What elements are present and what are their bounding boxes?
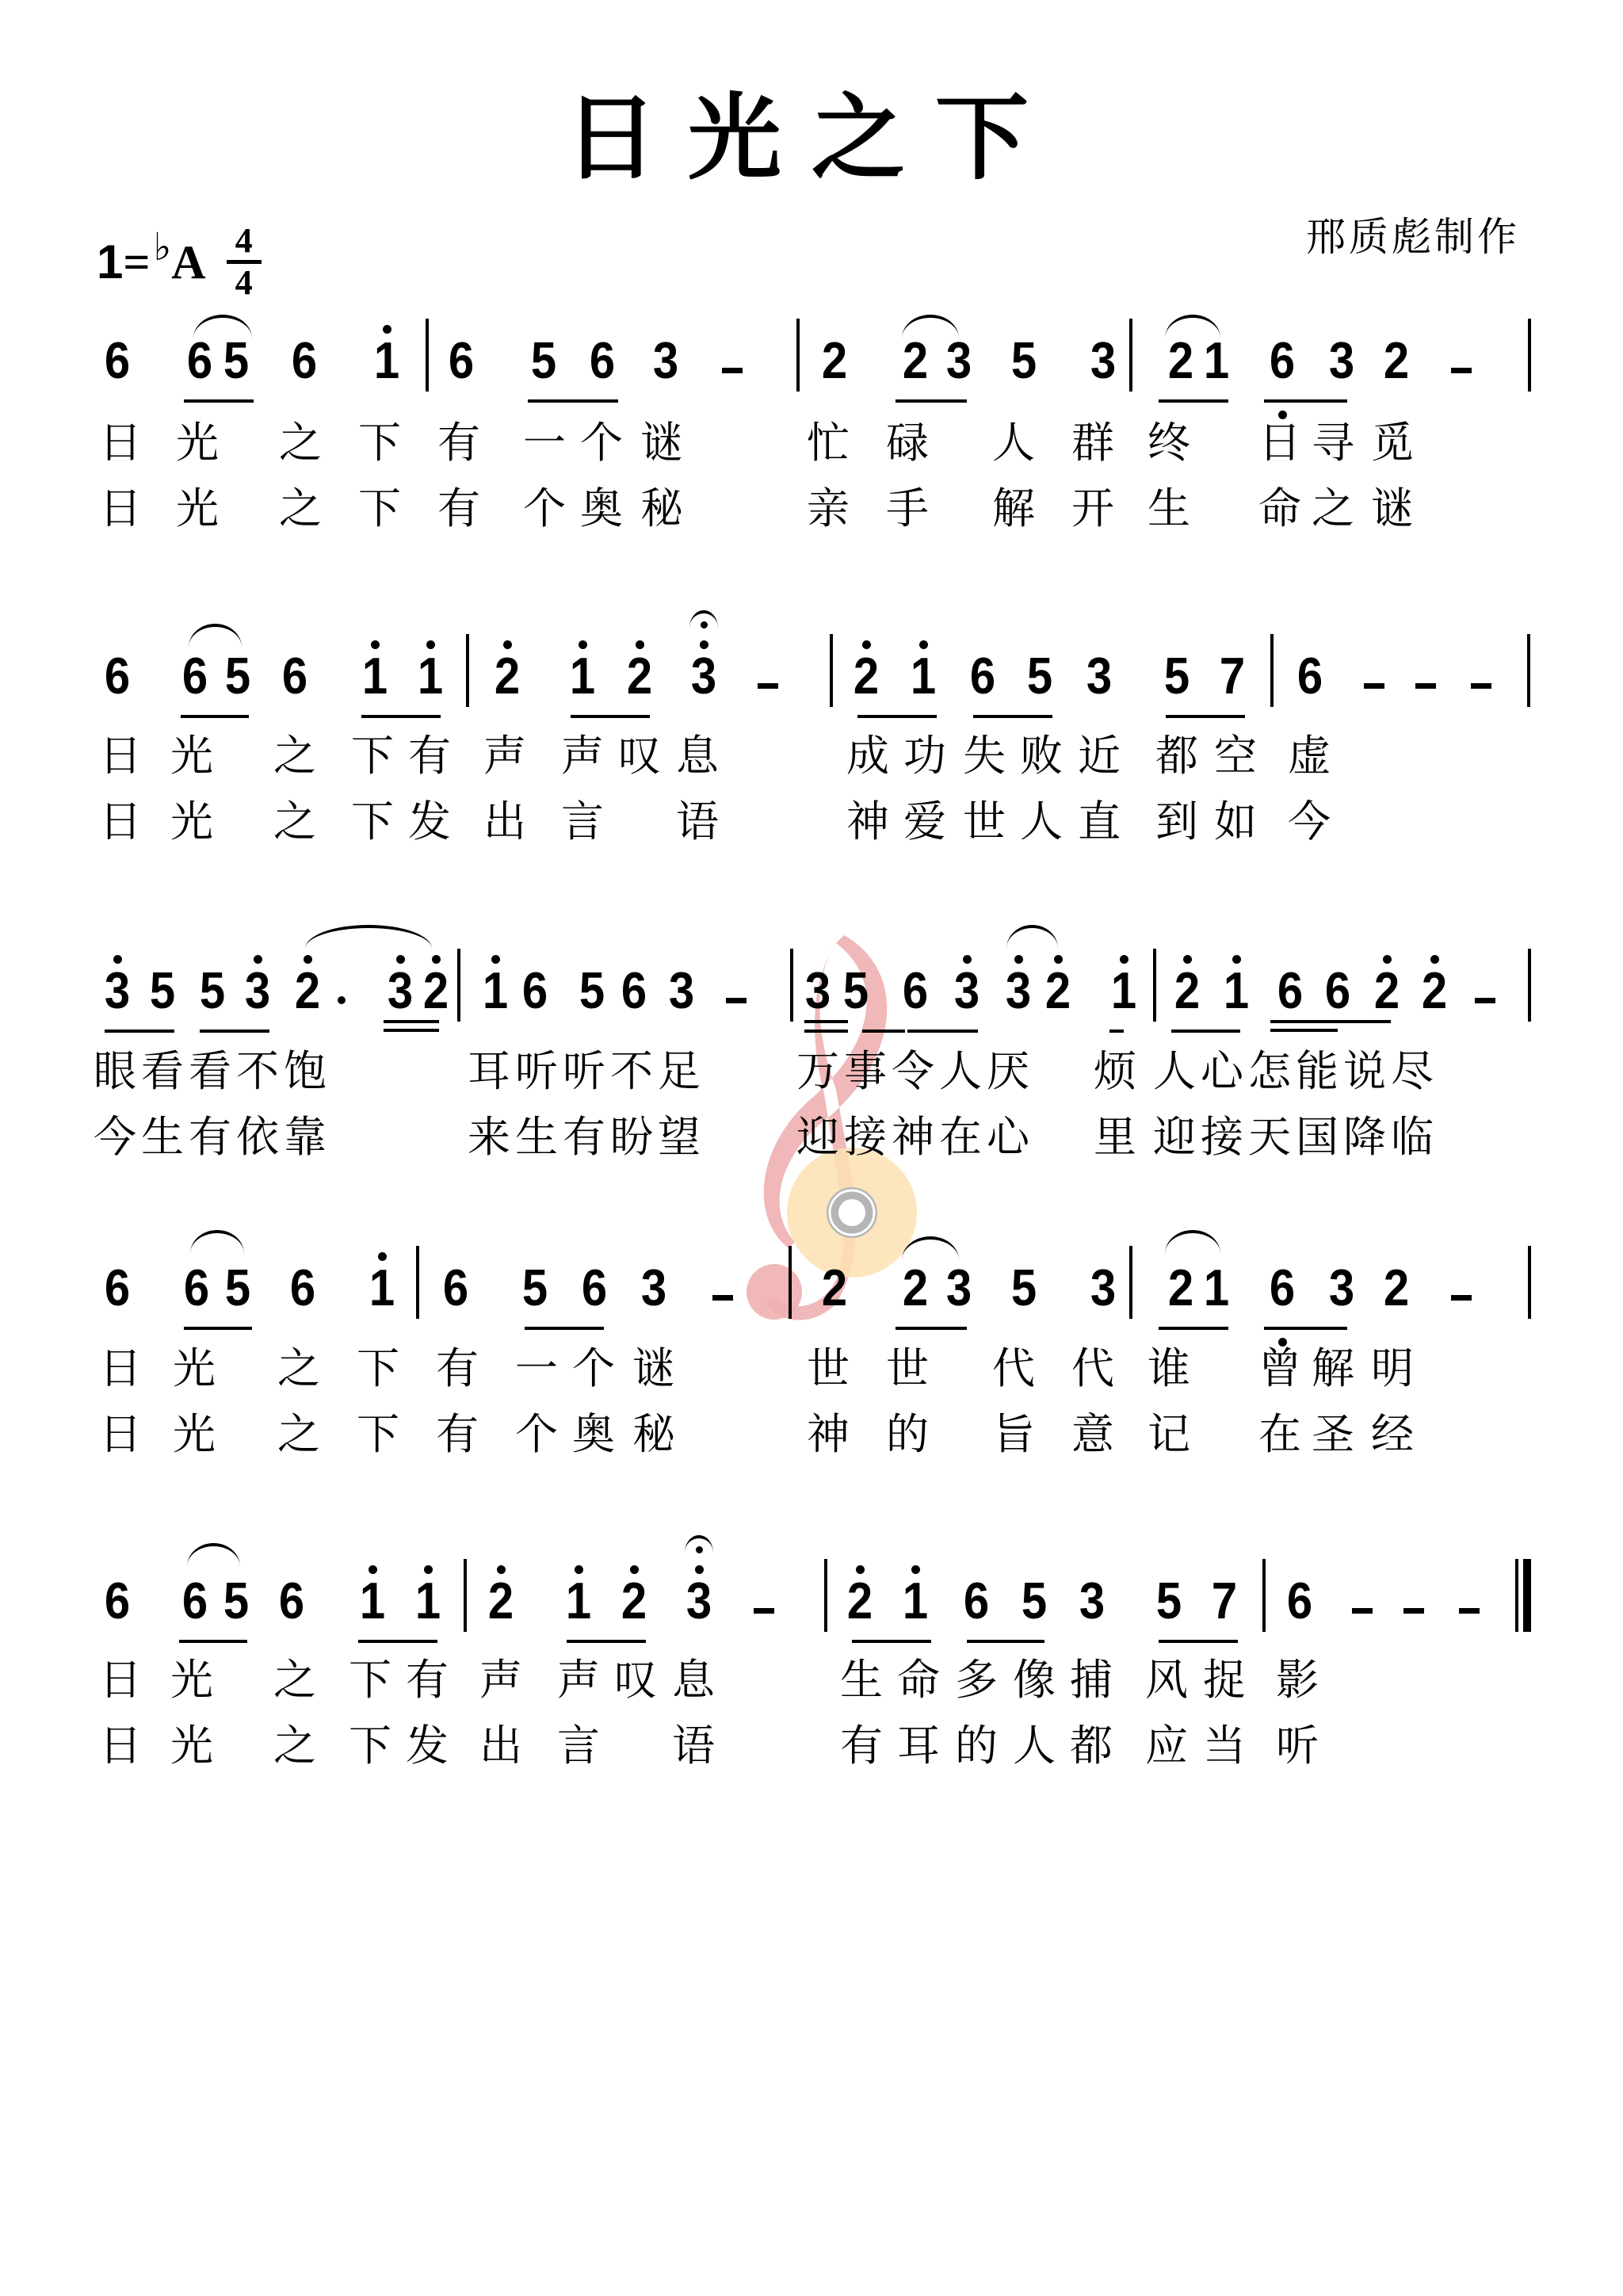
lyric-char: 有 [408, 735, 451, 777]
lyric-char: 有 [840, 1725, 883, 1767]
high-octave-dot [963, 955, 972, 964]
note: 5 [222, 651, 254, 702]
note: 6 [1294, 651, 1326, 702]
time-signature-bottom: 4 [235, 266, 253, 300]
lyric-char: 事 [844, 1050, 887, 1093]
beam-underline [907, 1030, 978, 1033]
high-octave-dot [304, 955, 312, 964]
lyric-char: 里 [1094, 1116, 1136, 1159]
lyric-char: 日 [99, 1659, 142, 1702]
lyric-char: 败 [1020, 735, 1063, 777]
lyric-char: 光 [173, 1413, 216, 1456]
lyric-char: 下 [349, 1659, 391, 1702]
beam-underline [804, 1030, 848, 1033]
barline [1129, 319, 1132, 392]
note: 3 [688, 651, 720, 702]
note: 2 [292, 965, 323, 1017]
lyric-char: 言 [557, 1725, 600, 1767]
lyric-char: 语 [672, 1725, 715, 1767]
lyric-char: 忙 [807, 422, 850, 464]
slur-tie [902, 1236, 959, 1260]
slur-tie [1165, 1230, 1220, 1254]
lyric-char: 人 [1020, 800, 1063, 843]
note: 6 [279, 651, 311, 702]
lyric-char: 亲 [807, 487, 850, 530]
note: 1 [1201, 335, 1232, 387]
note: 1 [357, 1576, 388, 1627]
lyric-char: 世 [963, 800, 1006, 843]
lyric-char: 看 [141, 1050, 184, 1093]
high-octave-dot [862, 640, 871, 649]
beam-underline [862, 1030, 905, 1033]
barline [1153, 949, 1156, 1022]
lyric-char: 记 [1148, 1413, 1190, 1456]
beam-underline [896, 399, 967, 403]
lyric-char: 心 [1201, 1050, 1243, 1093]
barline [1270, 634, 1274, 707]
lyric-char: 谜 [1371, 487, 1414, 530]
lyric-char: 盼 [610, 1116, 653, 1159]
note: 6 [179, 651, 211, 702]
high-octave-dot [371, 640, 380, 649]
lyric-char: 成 [846, 735, 889, 777]
final-barline-thin [1515, 1559, 1518, 1632]
lyric-char: 奥 [580, 487, 623, 530]
note: 3 [943, 1263, 975, 1314]
beam-underline [181, 715, 249, 718]
fermata-dot [701, 621, 708, 628]
lyric-char: 人 [1153, 1050, 1196, 1093]
lyric-char: 个 [580, 422, 623, 464]
sustain-dash [1451, 368, 1472, 373]
key-tonic-letter: A [171, 239, 205, 286]
note: 5 [1008, 1263, 1040, 1314]
beam-underline [804, 1020, 848, 1023]
note: 6 [184, 335, 216, 387]
slur-tie [189, 624, 242, 648]
lyric-char: 的 [886, 1413, 929, 1456]
barline [466, 634, 469, 707]
note: 3 [101, 965, 133, 1017]
beam-underline [361, 715, 441, 718]
lyric-char: 叹 [614, 1659, 657, 1702]
note: 3 [1326, 1263, 1358, 1314]
high-octave-dot [1383, 955, 1392, 964]
lyric-char: 个 [523, 487, 566, 530]
lyric-char: 神 [892, 1116, 934, 1159]
lyric-char: 之 [279, 487, 322, 530]
note: 6 [1274, 965, 1306, 1017]
high-octave-dot [1232, 955, 1241, 964]
note: 5 [197, 965, 228, 1017]
note: 3 [1076, 1576, 1108, 1627]
note: 5 [1008, 335, 1040, 387]
beam-underline [896, 1327, 967, 1330]
lyric-char: 光 [173, 1347, 216, 1390]
lyric-char: 解 [1312, 1347, 1354, 1390]
lyric-char: 人 [992, 422, 1035, 464]
barline [1528, 319, 1531, 392]
arranger-credit: 邢质彪制作 [1306, 217, 1520, 257]
lyric-char: 怎 [1248, 1050, 1291, 1093]
sustain-dash [722, 368, 743, 373]
lyric-char: 令 [892, 1050, 934, 1093]
note: 1 [563, 1576, 594, 1627]
lyric-char: 之 [277, 1413, 320, 1456]
note: 6 [899, 965, 931, 1017]
note: 3 [650, 335, 682, 387]
sustain-dash [754, 1608, 774, 1614]
fermata-dot [696, 1546, 703, 1553]
slur-tie [305, 925, 432, 949]
lyric-char: 有 [437, 422, 480, 464]
note: 1 [412, 1576, 444, 1627]
note: 6 [1266, 335, 1298, 387]
time-signature: 4 4 [227, 223, 262, 300]
note: 2 [844, 1576, 876, 1627]
sustain-dash [1451, 1295, 1472, 1301]
note: 1 [414, 651, 446, 702]
note: 6 [1322, 965, 1354, 1017]
beam-underline [1171, 1030, 1240, 1033]
lyric-char: 迎 [1153, 1116, 1196, 1159]
lyric-char: 不 [610, 1050, 653, 1093]
lyric-char: 听 [1276, 1725, 1319, 1767]
lyric-char: 有 [189, 1116, 231, 1159]
high-octave-dot [432, 955, 441, 964]
flat-icon: ♭ [154, 229, 172, 267]
lyric-char: 依 [236, 1116, 279, 1159]
lyric-char: 光 [170, 1659, 213, 1702]
beam-underline [179, 1640, 247, 1643]
lyric-char: 息 [672, 1659, 715, 1702]
slur-tie [1165, 315, 1220, 338]
note: 5 [1161, 651, 1193, 702]
note: 2 [1165, 1263, 1197, 1314]
note: 3 [638, 1263, 670, 1314]
note: 3 [1002, 965, 1034, 1017]
slur-tie [187, 1543, 240, 1567]
lyric-char: 圣 [1312, 1413, 1354, 1456]
note: 6 [101, 1576, 133, 1627]
high-octave-dot [1054, 955, 1063, 964]
lyric-char: 风 [1145, 1659, 1188, 1702]
high-octave-dot [113, 955, 122, 964]
lyric-char: 发 [406, 1725, 449, 1767]
lyric-char: 之 [273, 735, 316, 777]
lyric-char: 生 [840, 1659, 883, 1702]
note: 2 [1381, 1263, 1412, 1314]
key-tonic-number: 1 [97, 239, 123, 286]
lyric-char: 在 [1258, 1413, 1301, 1456]
beam-underline [384, 1029, 439, 1032]
note: 1 [1201, 1263, 1232, 1314]
note: 6 [440, 1263, 472, 1314]
lyric-char: 语 [676, 800, 719, 843]
lyric-char: 日 [99, 800, 142, 843]
lyric-char: 曾 [1258, 1347, 1301, 1390]
high-octave-dot [378, 1252, 387, 1261]
lyric-char: 迎 [796, 1116, 839, 1159]
barline [790, 949, 793, 1022]
beam-underline [184, 1327, 252, 1330]
beam-underline [852, 1640, 931, 1643]
barline [416, 1246, 419, 1319]
slur-tie [902, 315, 959, 338]
lyric-char: 不 [236, 1050, 279, 1093]
beam-underline [1159, 399, 1228, 403]
note: 6 [1284, 1576, 1316, 1627]
lyric-char: 世 [886, 1347, 929, 1390]
beam-underline [200, 1030, 269, 1033]
lyric-char: 谁 [1148, 1347, 1190, 1390]
lyric-char: 接 [844, 1116, 887, 1159]
lyric-char: 叹 [618, 735, 661, 777]
lyric-char: 日 [99, 735, 142, 777]
high-octave-dot [424, 1565, 433, 1574]
slur-tie [1006, 925, 1058, 949]
beam-underline [528, 399, 618, 403]
note: 2 [1165, 335, 1197, 387]
lyric-char: 功 [903, 735, 946, 777]
lyric-char: 来 [468, 1116, 510, 1159]
lyric-char: 谜 [632, 1347, 675, 1390]
lyric-char: 应 [1145, 1725, 1188, 1767]
lyric-char: 爱 [903, 800, 946, 843]
high-octave-dot [491, 955, 500, 964]
lyric-char: 人 [1013, 1725, 1056, 1767]
beam-underline [1109, 1030, 1124, 1033]
lyric-char: 神 [846, 800, 889, 843]
lyric-char: 奥 [572, 1413, 615, 1456]
high-octave-dot [856, 1565, 865, 1574]
sustain-dash [1471, 683, 1491, 689]
note: 5 [222, 1263, 254, 1314]
barline [1262, 1559, 1266, 1632]
high-octave-dot [254, 955, 262, 964]
slur-tie [193, 315, 252, 338]
note: 2 [899, 1263, 931, 1314]
sustain-dash [712, 1295, 733, 1301]
lyric-char: 都 [1070, 1725, 1113, 1767]
lyric-char: 生 [515, 1116, 558, 1159]
lyric-char: 有 [436, 1347, 479, 1390]
lyric-char: 声 [479, 1659, 522, 1702]
note: 2 [420, 965, 452, 1017]
lyric-char: 眼 [94, 1050, 136, 1093]
note: 2 [485, 1576, 517, 1627]
note: 5 [147, 965, 178, 1017]
lyric-char: 声 [561, 735, 604, 777]
note: 7 [1209, 1576, 1240, 1627]
lyric-char: 觅 [1371, 422, 1414, 464]
lyric-char: 日 [99, 1413, 142, 1456]
lyric-char: 之 [277, 1347, 320, 1390]
lyric-char: 望 [658, 1116, 701, 1159]
lyric-char: 解 [992, 487, 1035, 530]
lyric-char: 光 [170, 735, 213, 777]
note: 5 [220, 1576, 252, 1627]
barline [824, 1559, 827, 1632]
lyric-char: 下 [357, 1413, 399, 1456]
note: 6 [445, 335, 477, 387]
note: 1 [899, 1576, 931, 1627]
lyric-char: 一 [523, 422, 566, 464]
lyric-char: 有 [437, 487, 480, 530]
note: 6 [960, 1576, 992, 1627]
lyric-char: 天 [1248, 1116, 1291, 1159]
lyric-char: 饱 [284, 1050, 327, 1093]
lyric-char: 之 [279, 422, 322, 464]
lyric-char: 近 [1078, 735, 1121, 777]
lyric-char: 多 [955, 1659, 998, 1702]
lyric-char: 生 [141, 1116, 184, 1159]
note: 3 [384, 965, 416, 1017]
lyric-char: 有 [406, 1659, 449, 1702]
lyric-char: 下 [349, 1725, 391, 1767]
note: 2 [819, 1263, 850, 1314]
lyric-char: 的 [955, 1725, 998, 1767]
high-octave-dot [1430, 955, 1439, 964]
lyric-char: 秘 [632, 1413, 675, 1456]
lyric-char: 能 [1296, 1050, 1338, 1093]
final-barline-thick [1523, 1559, 1531, 1632]
beam-underline [922, 1030, 935, 1033]
lyric-char: 厌 [987, 1050, 1029, 1093]
lyric-char: 日 [99, 422, 142, 464]
lyric-char: 说 [1343, 1050, 1386, 1093]
sustain-dash [1403, 1608, 1424, 1614]
note: 5 [1024, 651, 1056, 702]
lyric-char: 神 [807, 1413, 850, 1456]
note: 6 [101, 651, 133, 702]
sustain-dash [1475, 998, 1495, 1003]
lyric-char: 捉 [1203, 1659, 1246, 1702]
lyric-char: 有 [563, 1116, 605, 1159]
high-octave-dot [503, 640, 512, 649]
note: 2 [1419, 965, 1450, 1017]
note: 5 [576, 965, 608, 1017]
note: 6 [101, 1263, 133, 1314]
high-octave-dot [919, 640, 928, 649]
note: 2 [618, 1576, 650, 1627]
lyric-char: 命 [1258, 487, 1301, 530]
lyric-char: 耳 [468, 1050, 510, 1093]
high-octave-dot [426, 640, 435, 649]
beam-underline [1166, 715, 1245, 718]
lyric-char: 像 [1013, 1659, 1056, 1702]
sustain-dash [1364, 683, 1384, 689]
note: 1 [907, 651, 939, 702]
lyric-char: 耳 [897, 1725, 940, 1767]
note: 6 [288, 335, 320, 387]
high-octave-dot [911, 1565, 920, 1574]
high-octave-dot [579, 640, 587, 649]
lyric-char: 世 [807, 1347, 850, 1390]
note: 6 [519, 965, 551, 1017]
lyric-char: 靠 [284, 1116, 327, 1159]
lyric-char: 听 [515, 1050, 558, 1093]
lyric-char: 看 [189, 1050, 231, 1093]
note: 3 [242, 965, 273, 1017]
lyric-char: 个 [515, 1413, 558, 1456]
lyric-char: 声 [483, 735, 526, 777]
lyric-char: 代 [992, 1347, 1035, 1390]
note: 1 [567, 651, 598, 702]
beam-underline [571, 715, 650, 718]
lyric-char: 开 [1071, 487, 1114, 530]
lyric-char: 明 [1371, 1347, 1414, 1390]
note: 2 [850, 651, 882, 702]
note: 5 [528, 335, 559, 387]
lyric-char: 捕 [1070, 1659, 1113, 1702]
note: 2 [624, 651, 655, 702]
beam-underline [967, 1640, 1044, 1643]
key-signature: 1 = ♭ A 4 4 [97, 223, 262, 300]
note: 1 [1108, 965, 1140, 1017]
lyric-char: 下 [358, 487, 401, 530]
note: 5 [1018, 1576, 1050, 1627]
lyric-char: 出 [479, 1725, 522, 1767]
note: 5 [840, 965, 872, 1017]
note: 2 [1042, 965, 1074, 1017]
lyric-char: 秘 [640, 487, 683, 530]
augmentation-dot [338, 996, 346, 1004]
lyric-char: 心 [987, 1116, 1029, 1159]
high-octave-dot [636, 640, 644, 649]
lyric-char: 日 [99, 1725, 142, 1767]
note: 6 [579, 1263, 610, 1314]
high-octave-dot [700, 640, 708, 649]
barline [789, 1246, 792, 1319]
beam-underline [1264, 399, 1347, 403]
note: 3 [943, 335, 975, 387]
lyric-char: 万 [796, 1050, 839, 1093]
lyric-char: 日 [99, 1347, 142, 1390]
note: 6 [276, 1576, 307, 1627]
note: 1 [359, 651, 391, 702]
lyric-char: 群 [1071, 422, 1114, 464]
note: 3 [951, 965, 983, 1017]
note: 6 [287, 1263, 319, 1314]
note: 7 [1216, 651, 1248, 702]
note: 2 [1371, 965, 1403, 1017]
time-signature-top: 4 [235, 223, 253, 258]
high-octave-dot [575, 1565, 583, 1574]
note: 6 [586, 335, 618, 387]
beam-underline [1270, 1020, 1391, 1023]
note: 3 [1326, 335, 1358, 387]
lyric-char: 听 [563, 1050, 605, 1093]
clef-ball [747, 1264, 802, 1320]
lyric-char: 下 [358, 422, 401, 464]
lyric-char: 寻 [1312, 422, 1354, 464]
lyric-char: 直 [1078, 800, 1121, 843]
slur-tie [190, 1230, 244, 1254]
lyric-char: 个 [572, 1347, 615, 1390]
note: 6 [101, 335, 133, 387]
lyric-char: 光 [170, 1725, 213, 1767]
barline [457, 949, 460, 1022]
barline [796, 319, 800, 392]
high-octave-dot [695, 1565, 704, 1574]
note: 2 [1171, 965, 1203, 1017]
lyric-char: 代 [1071, 1347, 1114, 1390]
note: 6 [181, 1263, 212, 1314]
note: 5 [220, 335, 252, 387]
high-octave-dot [1120, 955, 1128, 964]
lyric-char: 虚 [1288, 735, 1331, 777]
